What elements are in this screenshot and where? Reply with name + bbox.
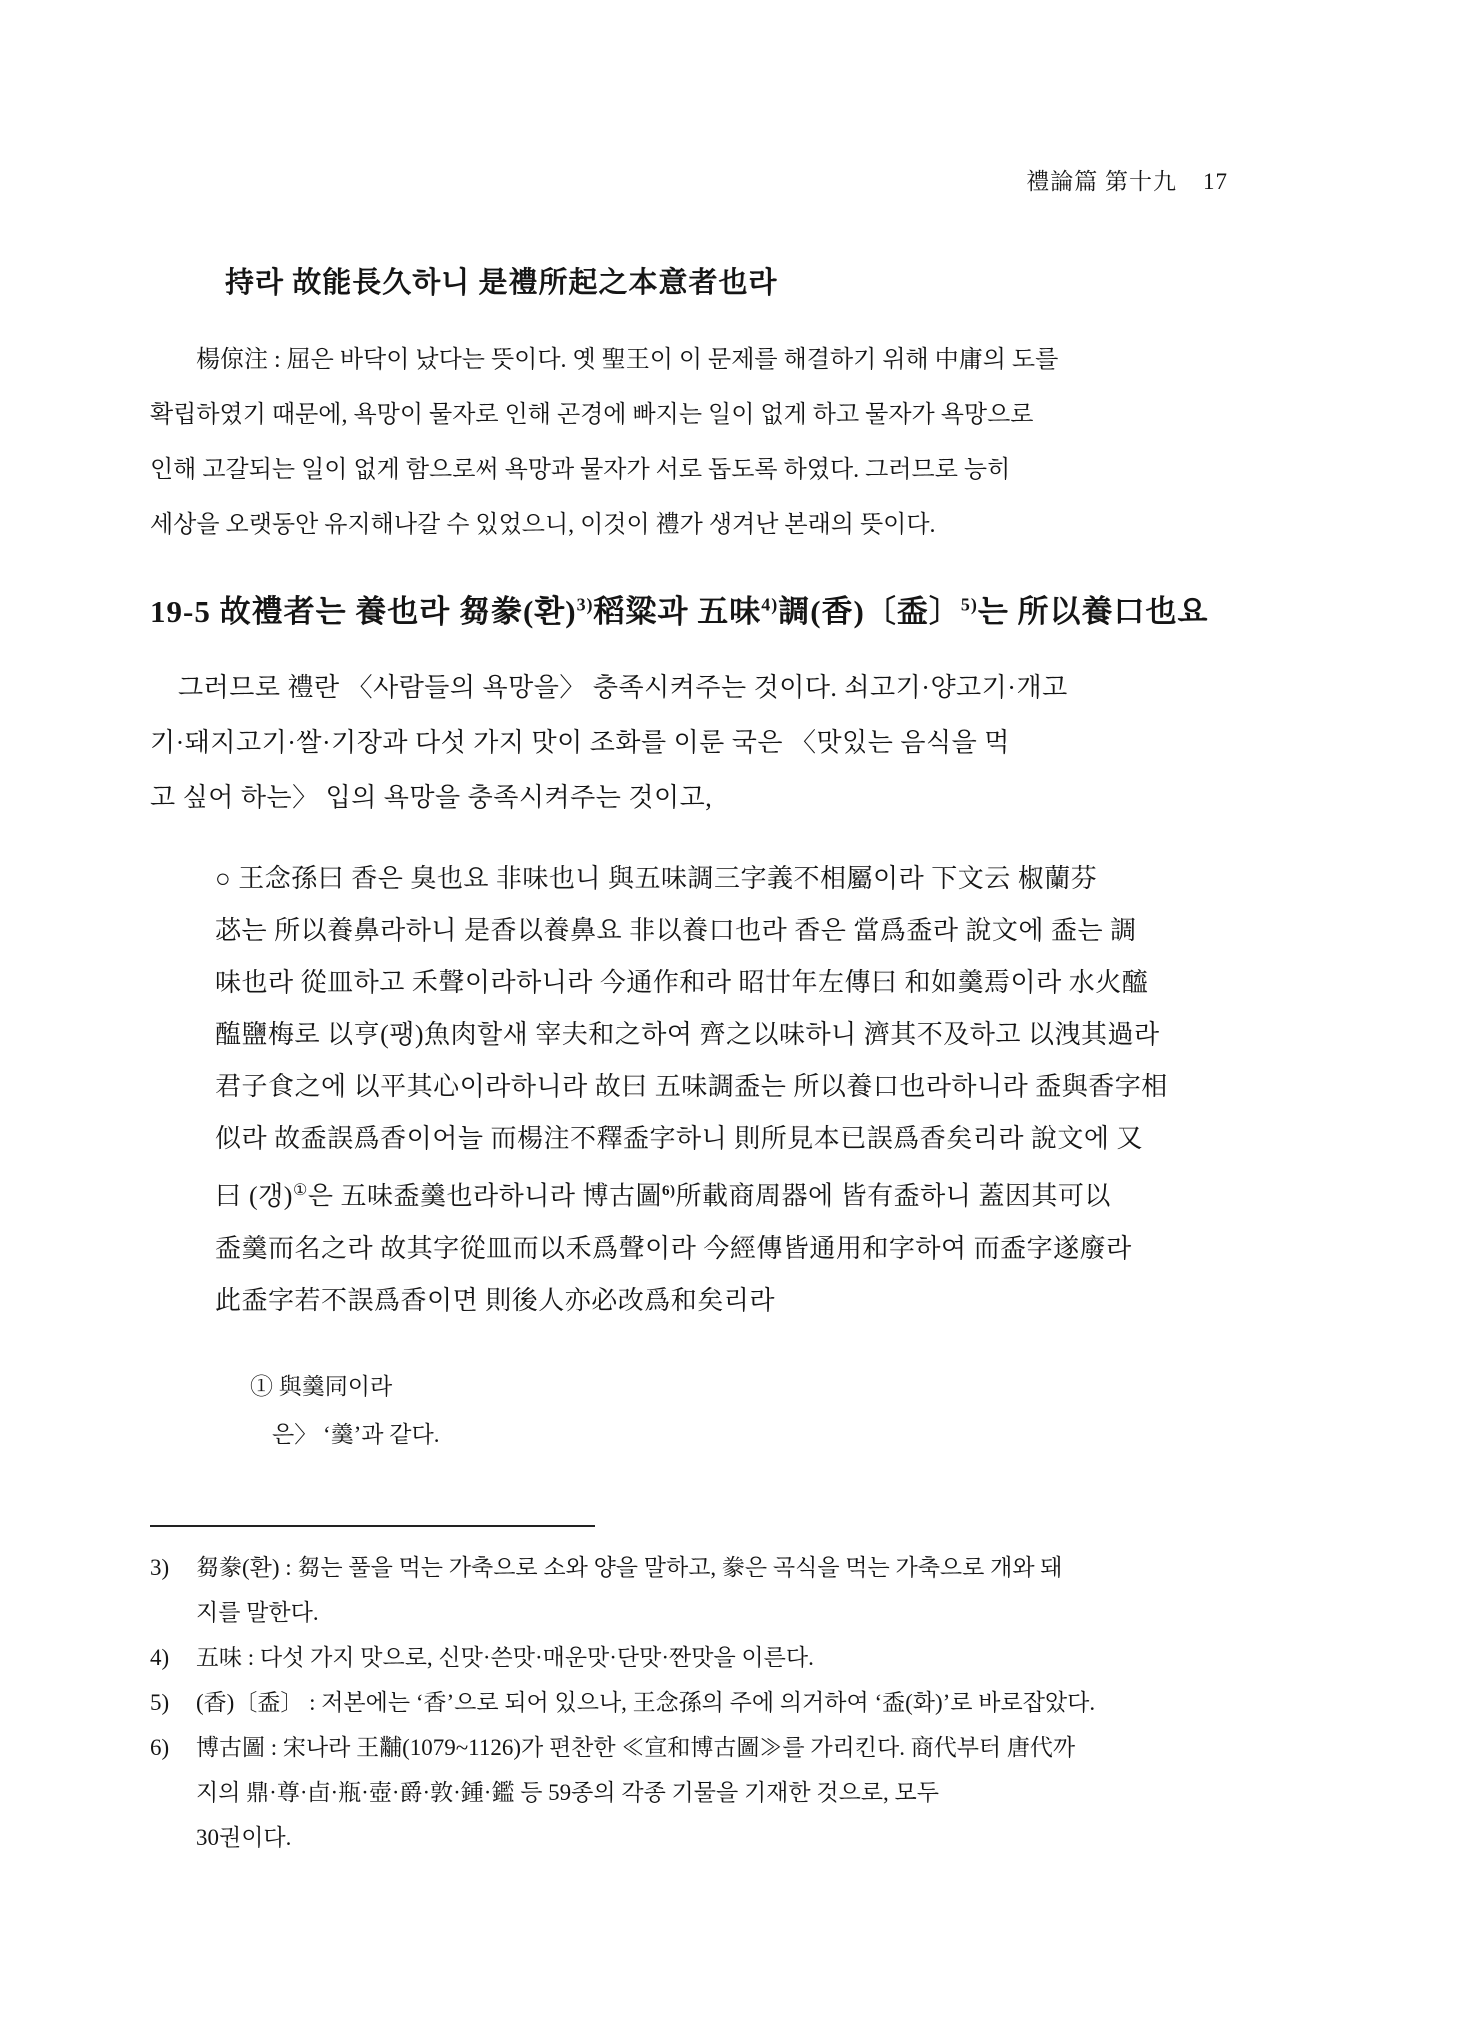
footnote-ref-3: 3) [577,595,594,615]
commentary-line: 味也라 從皿하고 禾聲이라하니라 今通作和라 昭廿年左傳曰 和如羹焉이라 水火醯 [215,957,1340,1009]
footnote-separator [150,1525,595,1527]
section-heading-text: 는 所以養口也요 [978,594,1209,629]
commentary-block: ○ 王念孫曰 香은 臭也요 非味也니 與五味調三字義不相屬이라 下文云 椒蘭芬 … [215,853,1340,1327]
page-number: 17 [1203,169,1228,194]
commentary-line: ○ 王念孫曰 香은 臭也요 非味也니 與五味調三字義不相屬이라 下文云 椒蘭芬 [215,853,1340,905]
footnote-ref-4: 4) [761,595,778,615]
footnote-3: 3) 芻豢(환) : 芻는 풀을 먹는 가축으로 소와 양을 말하고, 豢은 곡… [150,1545,1350,1635]
yang-note-line: 확립하였기 때문에, 욕망이 물자로 인해 곤경에 빠지는 일이 없게 하고 물… [150,388,1338,443]
classical-passage-line: 持라 故能長久하니 是禮所起之本意者也라 [225,260,778,301]
footnote-text: (香)〔盉〕 : 저본에는 ‘香’으로 되어 있으나, 王念孫의 주에 의거하여… [196,1690,1095,1715]
footnote-ref-6: 6) [662,1183,676,1199]
footnote-marker: 3) [150,1545,196,1590]
book-page: 禮論篇 第十九17 持라 故能長久하니 是禮所起之本意者也라 楊倞注 : 屈은 … [0,0,1480,2024]
commentary-line: 君子食之에 以平其心이라하니라 故曰 五味調盉는 所以養口也라하니라 盉與香字相 [215,1061,1340,1113]
section-heading-text: 19-5 故禮者는 養也라 芻豢(환) [150,594,577,629]
footnote-text: 芻豢(환) : 芻는 풀을 먹는 가축으로 소와 양을 말하고, 豢은 곡식을 … [196,1555,1063,1580]
yang-note-paragraph: 楊倞注 : 屈은 바닥이 났다는 뜻이다. 옛 聖王이 이 문제를 해결하기 위… [178,333,1338,553]
footnote-text: 五味 : 다섯 가지 맛으로, 신맛·쓴맛·매운맛·단맛·짠맛을 이른다. [196,1645,814,1670]
commentary-line: 此盉字若不誤爲香이면 則後人亦必改爲和矣리라 [215,1275,1340,1327]
translation-paragraph: 그러므로 禮란 〈사람들의 욕망을〉 충족시켜주는 것이다. 쇠고기·양고기·개… [150,660,1340,825]
footnote-text: 30권이다. [196,1825,291,1850]
chapter-title: 禮論篇 第十九 [1026,169,1177,194]
yang-note-line: 세상을 오랫동안 유지해나갈 수 있었으니, 이것이 禮가 생겨난 본래의 뜻이… [150,498,1338,553]
footnote-5: 5) (香)〔盉〕 : 저본에는 ‘香’으로 되어 있으나, 王念孫의 주에 의… [150,1680,1350,1725]
commentary-line: 似라 故盉誤爲香이어늘 而楊注不釋盉字하니 則所見本已誤爲香矣리라 說文에 又 [215,1113,1340,1165]
footnote-4: 4) 五味 : 다섯 가지 맛으로, 신맛·쓴맛·매운맛·단맛·짠맛을 이른다. [150,1635,1350,1680]
translation-line: 기·돼지고기·쌀·기장과 다섯 가지 맛이 조화를 이룬 국은 〈맛있는 음식을… [150,715,1340,770]
section-heading-text: 調(香)〔盉〕 [778,594,961,629]
commentary-text: 은 五味盉羹也라하니라 博古圖 [308,1182,662,1211]
commentary-line: 曰 𩱧(갱)①은 五味盉羹也라하니라 博古圖6)所載商周器에 皆有盉하니 蓋因其… [215,1165,1340,1223]
commentary-text: 所載商周器에 皆有盉하니 蓋因其可以 [676,1182,1111,1211]
inline-note-translation: 〈𩱧은〉 ‘羹’과 같다. [250,1411,439,1459]
yang-note-line: 인해 고갈되는 일이 없게 함으로써 욕망과 물자가 서로 돕도록 하였다. 그… [150,443,1338,498]
footnote-6: 6) 博古圖 : 宋나라 王黼(1079~1126)가 편찬한 ≪宣和博古圖≫를… [150,1725,1350,1860]
translation-line: 고 싶어 하는〉 입의 욕망을 충족시켜주는 것이고, [150,770,1340,825]
yang-note-line: 楊倞注 : 屈은 바닥이 났다는 뜻이다. 옛 聖王이 이 문제를 해결하기 위… [178,333,1338,388]
footnotes-block: 3) 芻豢(환) : 芻는 풀을 먹는 가축으로 소와 양을 말하고, 豢은 곡… [150,1545,1350,1860]
translation-line: 그러므로 禮란 〈사람들의 욕망을〉 충족시켜주는 것이다. 쇠고기·양고기·개… [150,660,1340,715]
footnote-ref-5: 5) [961,595,978,615]
footnote-marker: 4) [150,1635,196,1680]
commentary-line: 醢鹽梅로 以亨(팽)魚肉할새 宰夫和之하여 齊之以味하니 濟其不及하고 以洩其過… [215,1009,1340,1061]
footnote-text: 지를 말한다. [196,1600,319,1625]
inline-note-original: ① 與羹同이라 [250,1363,439,1411]
section-heading-text: 稻粱과 五味 [594,594,762,629]
commentary-line: 盉羹而名之라 故其字從皿而以禾爲聲이라 今經傳皆通用和字하여 而盉字遂廢라 [215,1223,1340,1275]
footnote-marker: 6) [150,1725,196,1770]
footnote-text: 지의 鼎·尊·卣·瓶·壺·爵·敦·鍾·鑑 등 59종의 각종 기물을 기재한 것… [196,1780,939,1805]
running-header: 禮論篇 第十九17 [1026,163,1228,196]
commentary-line: 苾는 所以養鼻라하니 是香以養鼻요 非以養口也라 香은 當爲盉라 說文에 盉는 … [215,905,1340,957]
inline-note-block: ① 與羹同이라 〈𩱧은〉 ‘羹’과 같다. [250,1363,439,1459]
footnote-marker: 5) [150,1680,196,1725]
inline-note-ref-1: ① [293,1182,308,1199]
commentary-text: 曰 𩱧(갱) [215,1182,293,1211]
section-heading: 19-5 故禮者는 養也라 芻豢(환)3)稻粱과 五味4)調(香)〔盉〕5)는 … [150,586,1340,631]
footnote-text: 博古圖 : 宋나라 王黼(1079~1126)가 편찬한 ≪宣和博古圖≫를 가리… [196,1735,1075,1760]
